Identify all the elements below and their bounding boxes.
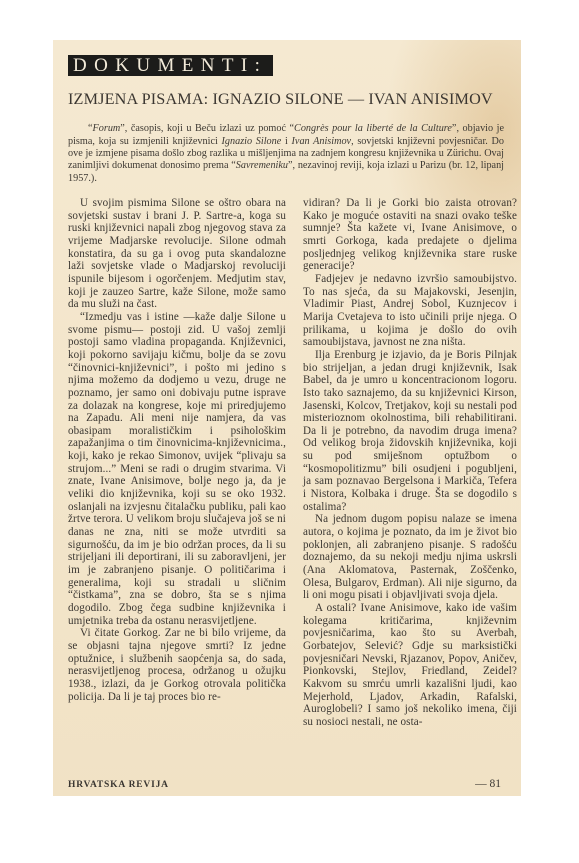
publication-name: HRVATSKA REVIJA [68, 780, 169, 790]
paragraph: Vi čitate Gorkog. Zar ne bi bilo vrijeme… [68, 627, 286, 703]
intro-text-run: i [281, 136, 291, 147]
intro-italic-run: Forum [93, 123, 121, 134]
paragraph: Ilja Erenburg je izjavio, da je Boris Pi… [303, 349, 517, 514]
intro-text-run: ”, časopis, koji u Beču izlazi uz pomoć … [120, 123, 294, 134]
paragraph: “Izmedju vas i istine —kaže dalje Silone… [68, 311, 286, 627]
intro-italic-run: Savremeniku [236, 160, 288, 171]
paragraph: A ostali? Ivane Anisimove, kako ide vaši… [303, 602, 517, 729]
intro-italic-run: Ivan Anisimov [292, 136, 352, 147]
paragraph: U svojim pismima Silone se oštro obara n… [68, 197, 286, 311]
paragraph: vidiran? Da li je Gorki bio zaista otrov… [303, 197, 517, 273]
paragraph: Na jednom dugom popisu nalaze se imena a… [303, 513, 517, 602]
article-intro: “Forum”, časopis, koji u Beču izlazi uz … [68, 123, 504, 185]
article-headline: IZMJENA PISAMA: IGNAZIO SILONE — IVAN AN… [68, 90, 518, 109]
column-left: U svojim pismima Silone se oštro obara n… [68, 197, 286, 703]
paragraph: Fadjejev je nedavno izvršio samoubijstvo… [303, 273, 517, 349]
magazine-page: DOKUMENTI: IZMJENA PISAMA: IGNAZIO SILON… [53, 40, 521, 796]
intro-italic-run: Congrès pour la liberté de la Culture [294, 123, 452, 134]
section-label: DOKUMENTI: [68, 55, 273, 76]
page-number: — 81 [475, 778, 501, 790]
intro-italic-run: Ignazio Silone [222, 136, 282, 147]
column-right: vidiran? Da li je Gorki bio zaista otrov… [303, 197, 517, 729]
